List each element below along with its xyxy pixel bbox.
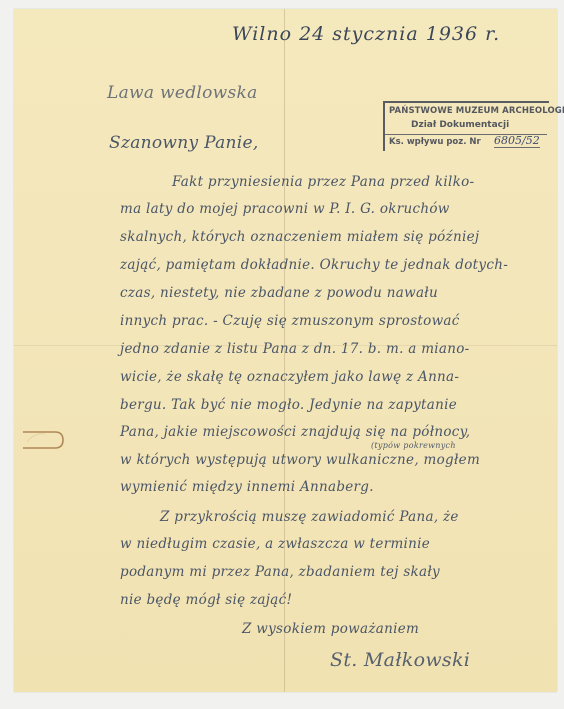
salutation: Szanowny Panie, [109, 133, 259, 153]
paragraph2-line-2: w niedługim czasie, a zwłaszcza w termin… [120, 536, 430, 552]
dateline: Wilno 24 stycznia 1936 r. [232, 23, 500, 45]
body-line-9: bergu. Tak być nie mogło. Jedynie na zap… [120, 397, 457, 413]
body-line-11: w których występują utwory wulkaniczne, … [120, 452, 480, 468]
pencil-note: Lawa wedlowska [107, 83, 258, 103]
closing-phrase: Z wysokiem poważaniem [242, 621, 419, 637]
body-line-5: czas, niestety, nie zbadane z powodu naw… [120, 285, 438, 301]
letter-paper: Wilno 24 stycznia 1936 r. Lawa wedlowska… [14, 9, 557, 692]
body-line-12: wymienić między innemi Annaberg. [120, 479, 374, 495]
body-line-4: zająć, pamiętam dokładnie. Okruchy te je… [120, 257, 508, 273]
body-line-10: Pana, jakie miejscowości znajdują się na… [120, 424, 470, 440]
paperclip-rust-stain [21, 428, 65, 452]
body-line-3: skalnych, których oznaczeniem miałem się… [120, 229, 479, 245]
body-line-6: innych prac. - Czuję się zmuszonym spros… [120, 313, 460, 329]
body-line-7: jedno zdanie z listu Pana z dn. 17. b. m… [120, 341, 470, 357]
interlinear-insertion: (typów pokrewnych [371, 441, 456, 450]
stamp-accession-number: 6805/52 [494, 134, 540, 148]
paragraph2-line-3: podanym mi przez Pana, zbadaniem tej ska… [120, 564, 440, 580]
stamp-museum-name: PAŃSTWOWE MUZEUM ARCHEOLOGICZNE [389, 106, 564, 116]
stamp-accession-label: Ks. wpływu poz. Nr [389, 137, 481, 147]
body-line-8: wicie, że skałę tę oznaczyłem jako lawę … [120, 369, 459, 385]
museum-accession-stamp: PAŃSTWOWE MUZEUM ARCHEOLOGICZNE Dział Do… [383, 101, 549, 151]
signature: St. Małkowski [330, 649, 470, 671]
paragraph2-line-1: Z przykrością muszę zawiadomić Pana, że [160, 509, 459, 525]
paragraph2-line-4: nie będę mógł się zająć! [120, 592, 292, 608]
document-scan: Wilno 24 stycznia 1936 r. Lawa wedlowska… [0, 0, 564, 709]
body-line-1: Fakt przyniesienia przez Pana przed kilk… [172, 174, 474, 190]
stamp-department: Dział Dokumentacji [411, 120, 509, 130]
body-line-2: ma laty do mojej pracowni w P. I. G. okr… [120, 201, 450, 217]
